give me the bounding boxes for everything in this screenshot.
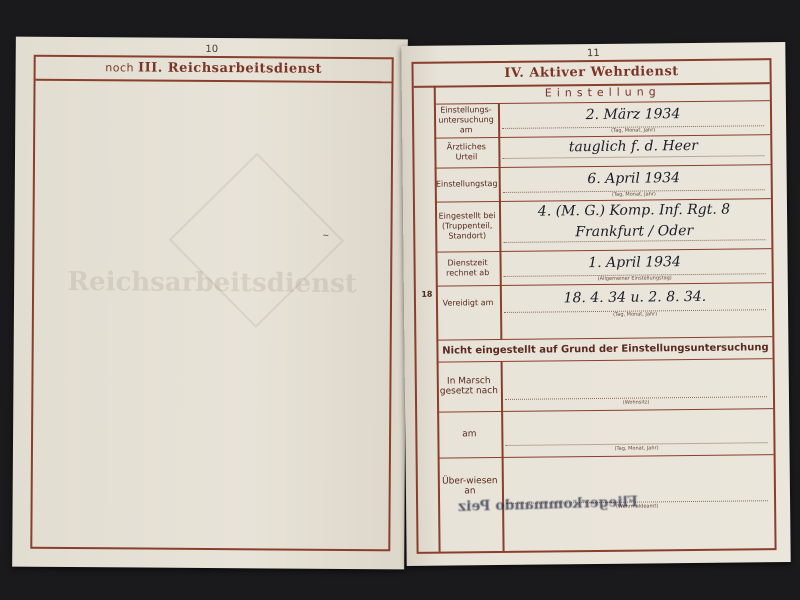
left-page: 10 nochIII. Reichsarbeitsdienst Reichsar… xyxy=(12,37,408,570)
field-value: 6. April 1934 xyxy=(503,169,765,188)
section-title: Nicht eingestellt auf Grund der Einstell… xyxy=(438,342,772,356)
page-header: nochIII. Reichsarbeitsdienst xyxy=(36,57,392,83)
header-prefix: noch xyxy=(105,61,134,74)
field-value: 18. 4. 34 u. 2. 8. 34. xyxy=(504,288,766,307)
header-title: III. Reichsarbeitsdienst xyxy=(138,60,322,76)
field-value: 2. März 1934 xyxy=(502,105,764,124)
form-frame: IV. Aktiver Wehrdienst Einstellung 18 Ei… xyxy=(411,58,776,554)
column-line xyxy=(498,103,502,339)
field-label: Einstellungstag xyxy=(437,169,497,200)
field-value: 4. (M. G.) Komp. Inf. Rgt. 8 xyxy=(503,201,765,220)
ink-speck: ~ xyxy=(322,231,329,240)
field-label: Ärztliches Urteil xyxy=(436,139,496,166)
field-label: Eingestellt bei (Truppenteil, Standort) xyxy=(437,203,497,250)
watermark-text: Reichsarbeitsdienst xyxy=(67,267,357,299)
page-frame: nochIII. Reichsarbeitsdienst Reichsarbei… xyxy=(30,55,393,552)
row-divider xyxy=(436,336,772,341)
field-label: In Marsch gesetzt nach xyxy=(439,363,499,410)
field-value: 1. April 1934 xyxy=(503,253,765,272)
side-number: 18 xyxy=(418,290,436,299)
watermark-emblem xyxy=(169,153,344,328)
field-value: tauglich f. d. Heer xyxy=(502,137,764,156)
field-value-line2: Frankfurt / Oder xyxy=(503,222,765,241)
field-label: Vereidigt am xyxy=(438,287,498,320)
field-label: Einstellungs-untersuchung am xyxy=(436,105,496,136)
field-label: Dienstzeit rechnet ab xyxy=(437,253,497,284)
dotted-line xyxy=(502,155,764,159)
row-divider xyxy=(437,358,773,363)
right-page: 11 IV. Aktiver Wehrdienst Einstellung 18… xyxy=(401,42,790,566)
field-label: am xyxy=(439,413,499,456)
